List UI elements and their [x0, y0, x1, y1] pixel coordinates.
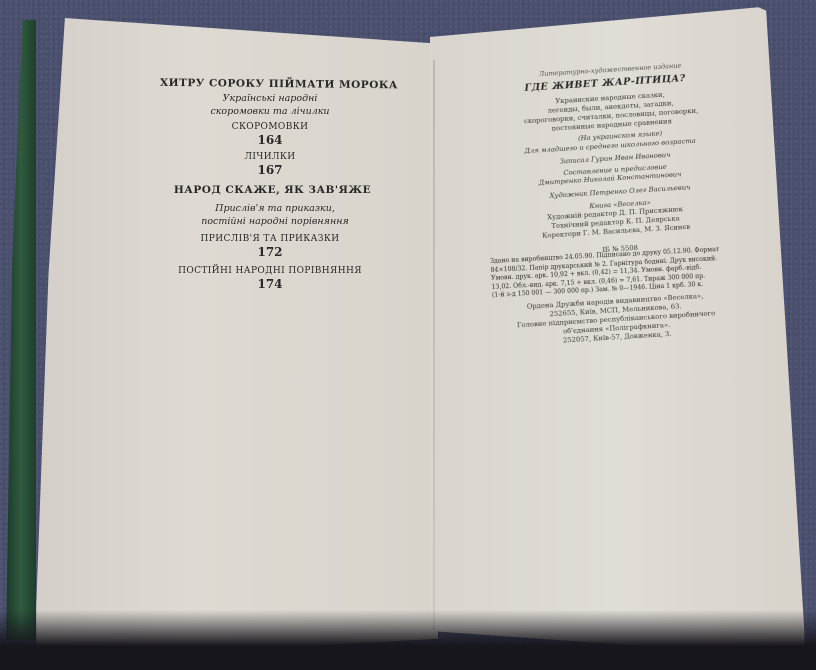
book-cover-spine [6, 20, 36, 640]
subtitle-line: Прислів'я та приказки, [180, 202, 370, 215]
toc-title: ХИТРУ СОРОКУ ПІЙМАТИ МОРОКА [160, 77, 380, 91]
bottom-shadow [0, 610, 816, 670]
toc-section-label: ЛІЧИЛКИ [190, 152, 350, 162]
toc-subtitle-2: Прислів'я та приказки, постійні народні … [180, 202, 370, 228]
toc-page-number: 167 [190, 163, 350, 177]
toc-title-2: НАРОД СКАЖЕ, ЯК ЗАВ'ЯЖЕ [170, 184, 375, 196]
subtitle-line: постійні народні порівняння [180, 215, 370, 228]
subtitle-line: Українські народні [185, 92, 355, 105]
toc-page-number: 164 [190, 133, 350, 147]
toc-page-number: 172 [180, 245, 360, 259]
book-gutter [433, 60, 435, 630]
toc-section-label: СКОРОМОВКИ [190, 122, 350, 132]
toc-section-label: ПРИСЛІВ'Я ТА ПРИКАЗКИ [180, 234, 360, 244]
subtitle-line: скоромовки та лічилки [185, 105, 355, 118]
toc-subtitle: Українські народні скоромовки та лічилки [185, 92, 355, 118]
toc-page-number: 174 [165, 277, 375, 291]
toc-section-label: ПОСТІЙНІ НАРОДНІ ПОРІВНЯННЯ [165, 266, 375, 276]
